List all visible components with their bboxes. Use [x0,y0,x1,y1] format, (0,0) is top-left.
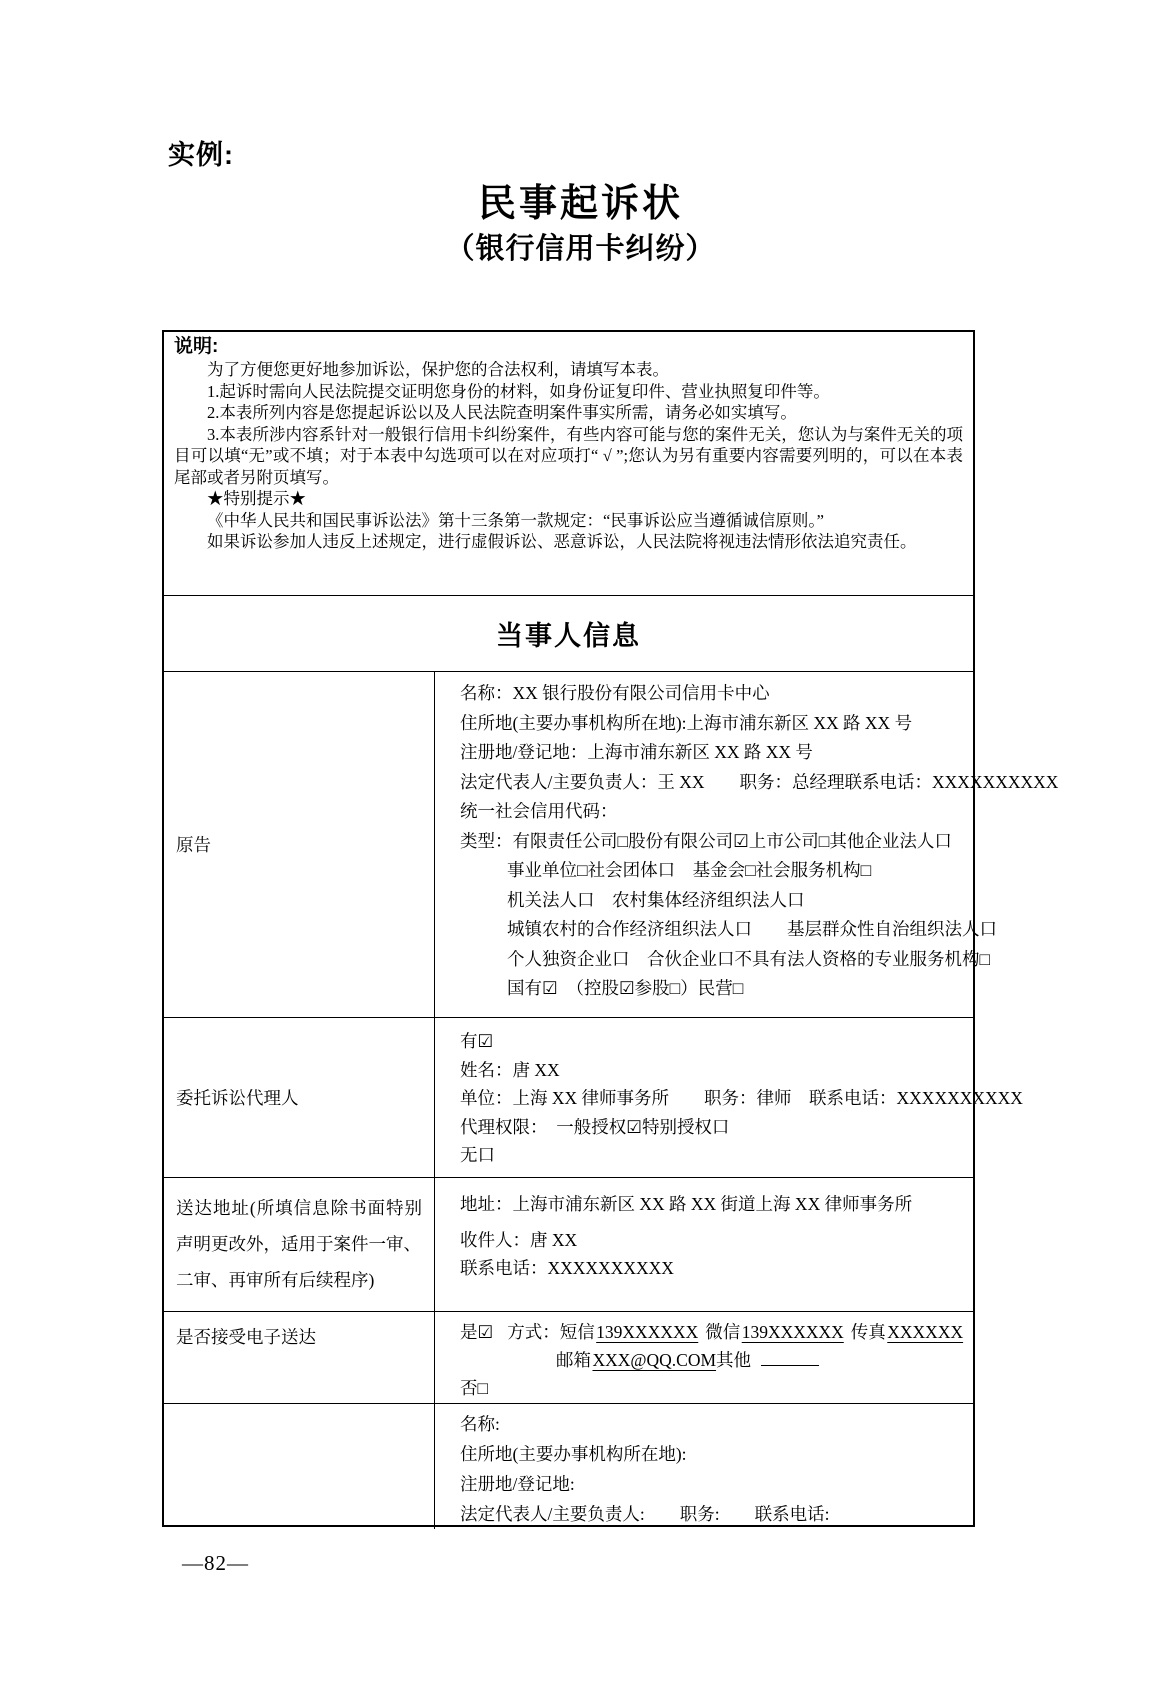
instructions-paragraph: 3.本表所涉内容系针对一般银行信用卡纠纷案件，有些内容可能与您的案件无关，您认为… [174,424,963,489]
yes-checkbox: 是☑ [460,1322,493,1342]
plaintiff-type-options: 城镇农村的合作经济组织法人口 基层群众性自治组织法人口 [460,915,1058,945]
service-address-content-cell: 地址：上海市浦东新区 XX 路 XX 街道上海 XX 律师事务所 收件人：唐 X… [435,1178,973,1311]
service-address-label-cell: 送达地址(所填信息除书面特别声明更改外，适用于案件一审、 二审、再审所有后续程序… [164,1178,435,1311]
agent-content-cell: 有☑ 姓名：唐 XX 单位：上海 XX 律师事务所 职务：律师 联系电话：XXX… [435,1018,1037,1177]
other-label: 其他 [716,1350,751,1370]
example-label: 实例: [168,133,234,172]
instructions-paragraph: 1.起诉时需向人民法院提交证明您身份的材料，如身份证复印件、营业执照复印件等。 [174,381,963,403]
defendant-domicile: 住所地(主要办事机构所在地): [460,1439,959,1469]
plaintiff-legal-representative: 法定代表人/主要负责人：王 XX 职务：总经理联系电话：XXXXXXXXXX [460,768,1058,798]
defendant-name: 名称: [460,1409,959,1439]
agent-has-checkbox: 有☑ [460,1027,1023,1056]
plaintiff-type-options: 个人独资企业口 合伙企业口不具有法人资格的专业服务机构□ [460,945,1058,975]
plaintiff-content-cell: 名称：XX 银行股份有限公司信用卡中心 住所地(主要办事机构所在地):上海市浦东… [435,672,1072,1017]
plaintiff-row: 原告 名称：XX 银行股份有限公司信用卡中心 住所地(主要办事机构所在地):上海… [164,671,973,1017]
service-recipient: 收件人：唐 XX [460,1226,959,1254]
plaintiff-label: 原告 [176,832,211,857]
section-header-row: 当事人信息 [164,595,973,671]
fax-value: XXXXXX [887,1322,963,1342]
plaintiff-ownership-options: 国有☑ （控股☑参股□）民营□ [460,974,1058,1004]
instructions-box: 说明: 为了方便您更好地参加诉讼，保护您的合法权利，请填写本表。 1.起诉时需向… [164,332,973,595]
agent-label-cell: 委托诉讼代理人 [164,1018,435,1177]
electronic-service-label: 是否接受电子送达 [176,1324,316,1349]
defendant-content-cell: 名称: 住所地(主要办事机构所在地): 注册地/登记地: 法定代表人/主要负责人… [435,1404,973,1529]
agent-name: 姓名：唐 XX [460,1056,1023,1085]
plaintiff-credit-code: 统一社会信用代码： [460,797,1058,827]
agent-none-checkbox: 无口 [460,1141,1023,1170]
document-page: 实例: 民事起诉状 （银行信用卡纠纷） 说明: 为了方便您更好地参加诉讼，保护您… [0,0,1161,1687]
agent-row: 委托诉讼代理人 有☑ 姓名：唐 XX 单位：上海 XX 律师事务所 职务：律师 … [164,1017,973,1177]
defendant-row: 名称: 住所地(主要办事机构所在地): 注册地/登记地: 法定代表人/主要负责人… [164,1403,973,1525]
section-title: 当事人信息 [496,614,641,653]
fax-label: 传真 [851,1322,886,1342]
other-blank-field [761,1347,819,1366]
instructions-paragraph: 如果诉讼参加人违反上述规定，进行虚假诉讼、恶意诉讼，人民法院将视违法情形依法追究… [174,531,963,553]
electronic-service-row: 是否接受电子送达 是☑方式：短信 139XXXXXX微信 139XXXXXX传真… [164,1311,973,1403]
party-info-table: 说明: 为了方便您更好地参加诉讼，保护您的合法权利，请填写本表。 1.起诉时需向… [162,330,975,1527]
special-notice-heading: ★特别提示★ [174,488,963,510]
plaintiff-name: 名称：XX 银行股份有限公司信用卡中心 [460,679,1058,709]
no-checkbox: 否□ [460,1378,488,1398]
service-phone: 联系电话：XXXXXXXXXX [460,1254,959,1282]
defendant-legal-representative: 法定代表人/主要负责人: 职务: 联系电话: [460,1499,959,1529]
service-address-label: 二审、再审所有后续程序) [176,1270,374,1290]
wechat-label: 微信 [705,1322,740,1342]
service-address-label: 送达地址(所填信息除书面特别声明更改外，适用于案件一审、 [176,1198,422,1254]
defendant-registered-address: 注册地/登记地: [460,1469,959,1499]
electronic-yes-line: 是☑方式：短信 139XXXXXX微信 139XXXXXX传真 XXXXXX [460,1318,963,1346]
plaintiff-domicile: 住所地(主要办事机构所在地):上海市浦东新区 XX 路 XX 号 [460,709,1058,739]
page-number: —82— [182,1551,249,1576]
instructions-heading: 说明: [174,335,963,359]
instructions-paragraph: 为了方便您更好地参加诉讼，保护您的合法权利，请填写本表。 [174,359,963,381]
plaintiff-registered-address: 注册地/登记地：上海市浦东新区 XX 路 XX 号 [460,738,1058,768]
electronic-service-content-cell: 是☑方式：短信 139XXXXXX微信 139XXXXXX传真 XXXXXX 邮… [435,1312,977,1403]
service-address-value: 地址：上海市浦东新区 XX 路 XX 街道上海 XX 律师事务所 [460,1190,959,1218]
electronic-no-line: 否□ [460,1374,963,1402]
email-value: XXX@QQ.COM [592,1350,716,1370]
instructions-paragraph: 2.本表所列内容是您提起诉讼以及人民法院查明案件事实所需，请务必如实填写。 [174,402,963,424]
agent-authority: 代理权限： 一般授权☑特别授权口 [460,1113,1023,1142]
plaintiff-type-options: 类型：有限责任公司□股份有限公司☑上市公司□其他企业法人口 [460,827,1058,857]
wechat-value: 139XXXXXX [742,1322,844,1342]
sms-label: 短信 [560,1322,595,1342]
method-label: 方式： [507,1322,560,1342]
document-subtitle: （银行信用卡纠纷） [0,226,1161,267]
defendant-label-cell [164,1404,435,1529]
document-title: 民事起诉状 [0,172,1161,227]
electronic-email-line: 邮箱 XXX@QQ.COM其他 [460,1346,963,1374]
plaintiff-label-cell: 原告 [164,672,435,1017]
instructions-paragraph: 《中华人民共和国民事诉讼法》第十三条第一款规定：“民事诉讼应当遵循诚信原则。” [174,510,963,532]
service-address-row: 送达地址(所填信息除书面特别声明更改外，适用于案件一审、 二审、再审所有后续程序… [164,1177,973,1311]
agent-employer: 单位：上海 XX 律师事务所 职务：律师 联系电话：XXXXXXXXXX [460,1084,1023,1113]
electronic-service-label-cell: 是否接受电子送达 [164,1312,435,1403]
plaintiff-type-options: 事业单位□社会团体口 基金会□社会服务机构□ [460,856,1058,886]
plaintiff-type-options: 机关法人口 农村集体经济组织法人口 [460,886,1058,916]
sms-value: 139XXXXXX [596,1322,698,1342]
agent-label: 委托诉讼代理人 [176,1085,299,1110]
email-label: 邮箱 [556,1350,591,1370]
